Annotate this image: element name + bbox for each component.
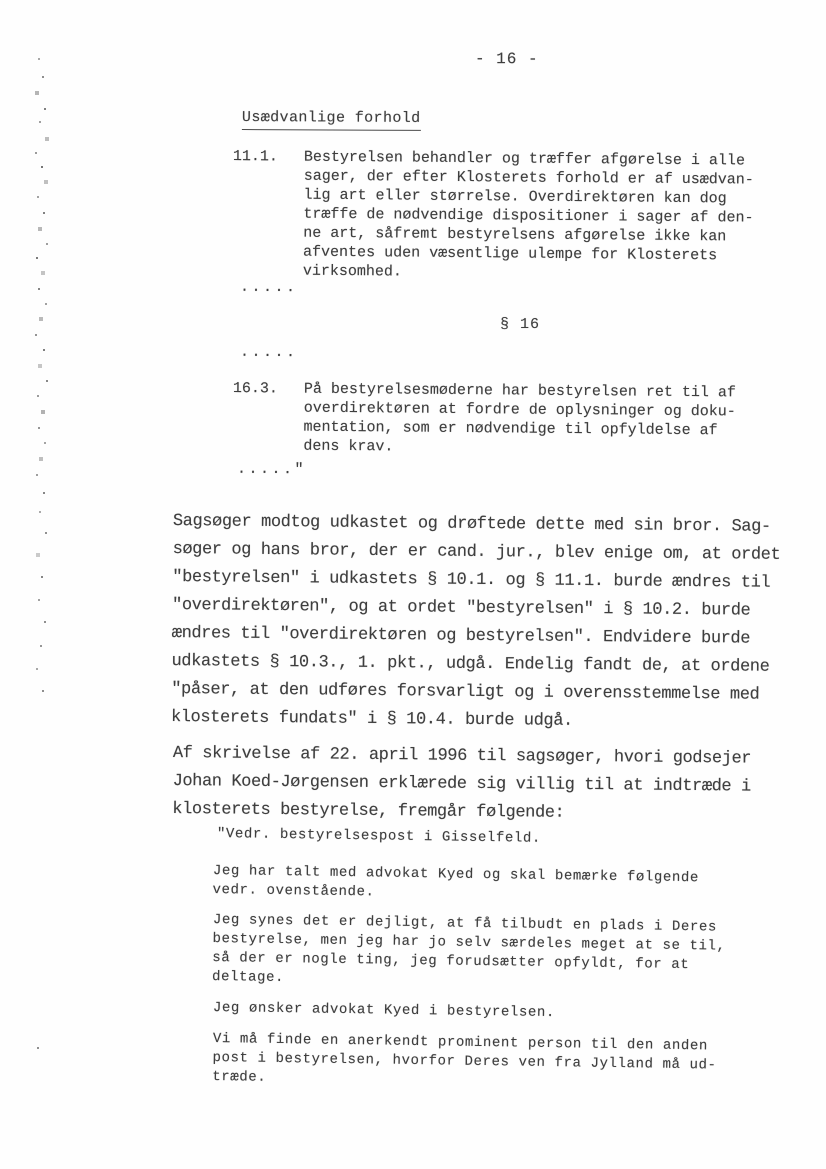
letter-paragraph: Jeg synes det er dejligt, at få tilbudt … <box>212 911 726 995</box>
statute-clause-16-3: 16.3.På bestyrelsesmøderne har bestyrels… <box>232 379 736 459</box>
body-paragraph-draft-discussion: Sagsøger modtog udkastet og drøftede det… <box>171 508 781 738</box>
page-number: - 16 - <box>475 50 539 68</box>
section-16-label: § 16 <box>500 316 540 333</box>
statute-clause-11-1: 11.1.Bestyrelsen behandler og træffer af… <box>232 147 754 285</box>
ellipsis-line: ..... <box>240 344 298 361</box>
clause-text: Bestyrelsen behandler og træffer afgørel… <box>303 148 754 285</box>
letter-paragraph: Jeg ønsker advokat Kyed i bestyrelsen. <box>213 999 555 1023</box>
statute-heading: Usædvanlige forhold <box>242 109 421 131</box>
closing-quote-ellipsis: ....." <box>237 461 306 478</box>
clause-number: 16.3. <box>233 379 304 399</box>
body-paragraph-letter-intro: Af skrivelse af 22. april 1996 til sagsø… <box>172 740 751 830</box>
scanned-document-page: - 16 - Usædvanlige forhold 11.1.Bestyrel… <box>0 0 826 1169</box>
letter-paragraph: Vi må finde en anerkendt prominent perso… <box>212 1030 717 1094</box>
letter-paragraph: "Vedr. bestyrelsespost i Gisselfeld. <box>217 825 541 849</box>
scan-margin-noise <box>0 0 2 2</box>
letter-paragraph: Jeg har talt med advokat Kyed og skal be… <box>212 862 699 907</box>
clause-text: På bestyrelsesmøderne har bestyrelsen re… <box>303 380 736 460</box>
clause-number: 11.1. <box>233 147 304 167</box>
ellipsis-line: ..... <box>240 279 298 296</box>
